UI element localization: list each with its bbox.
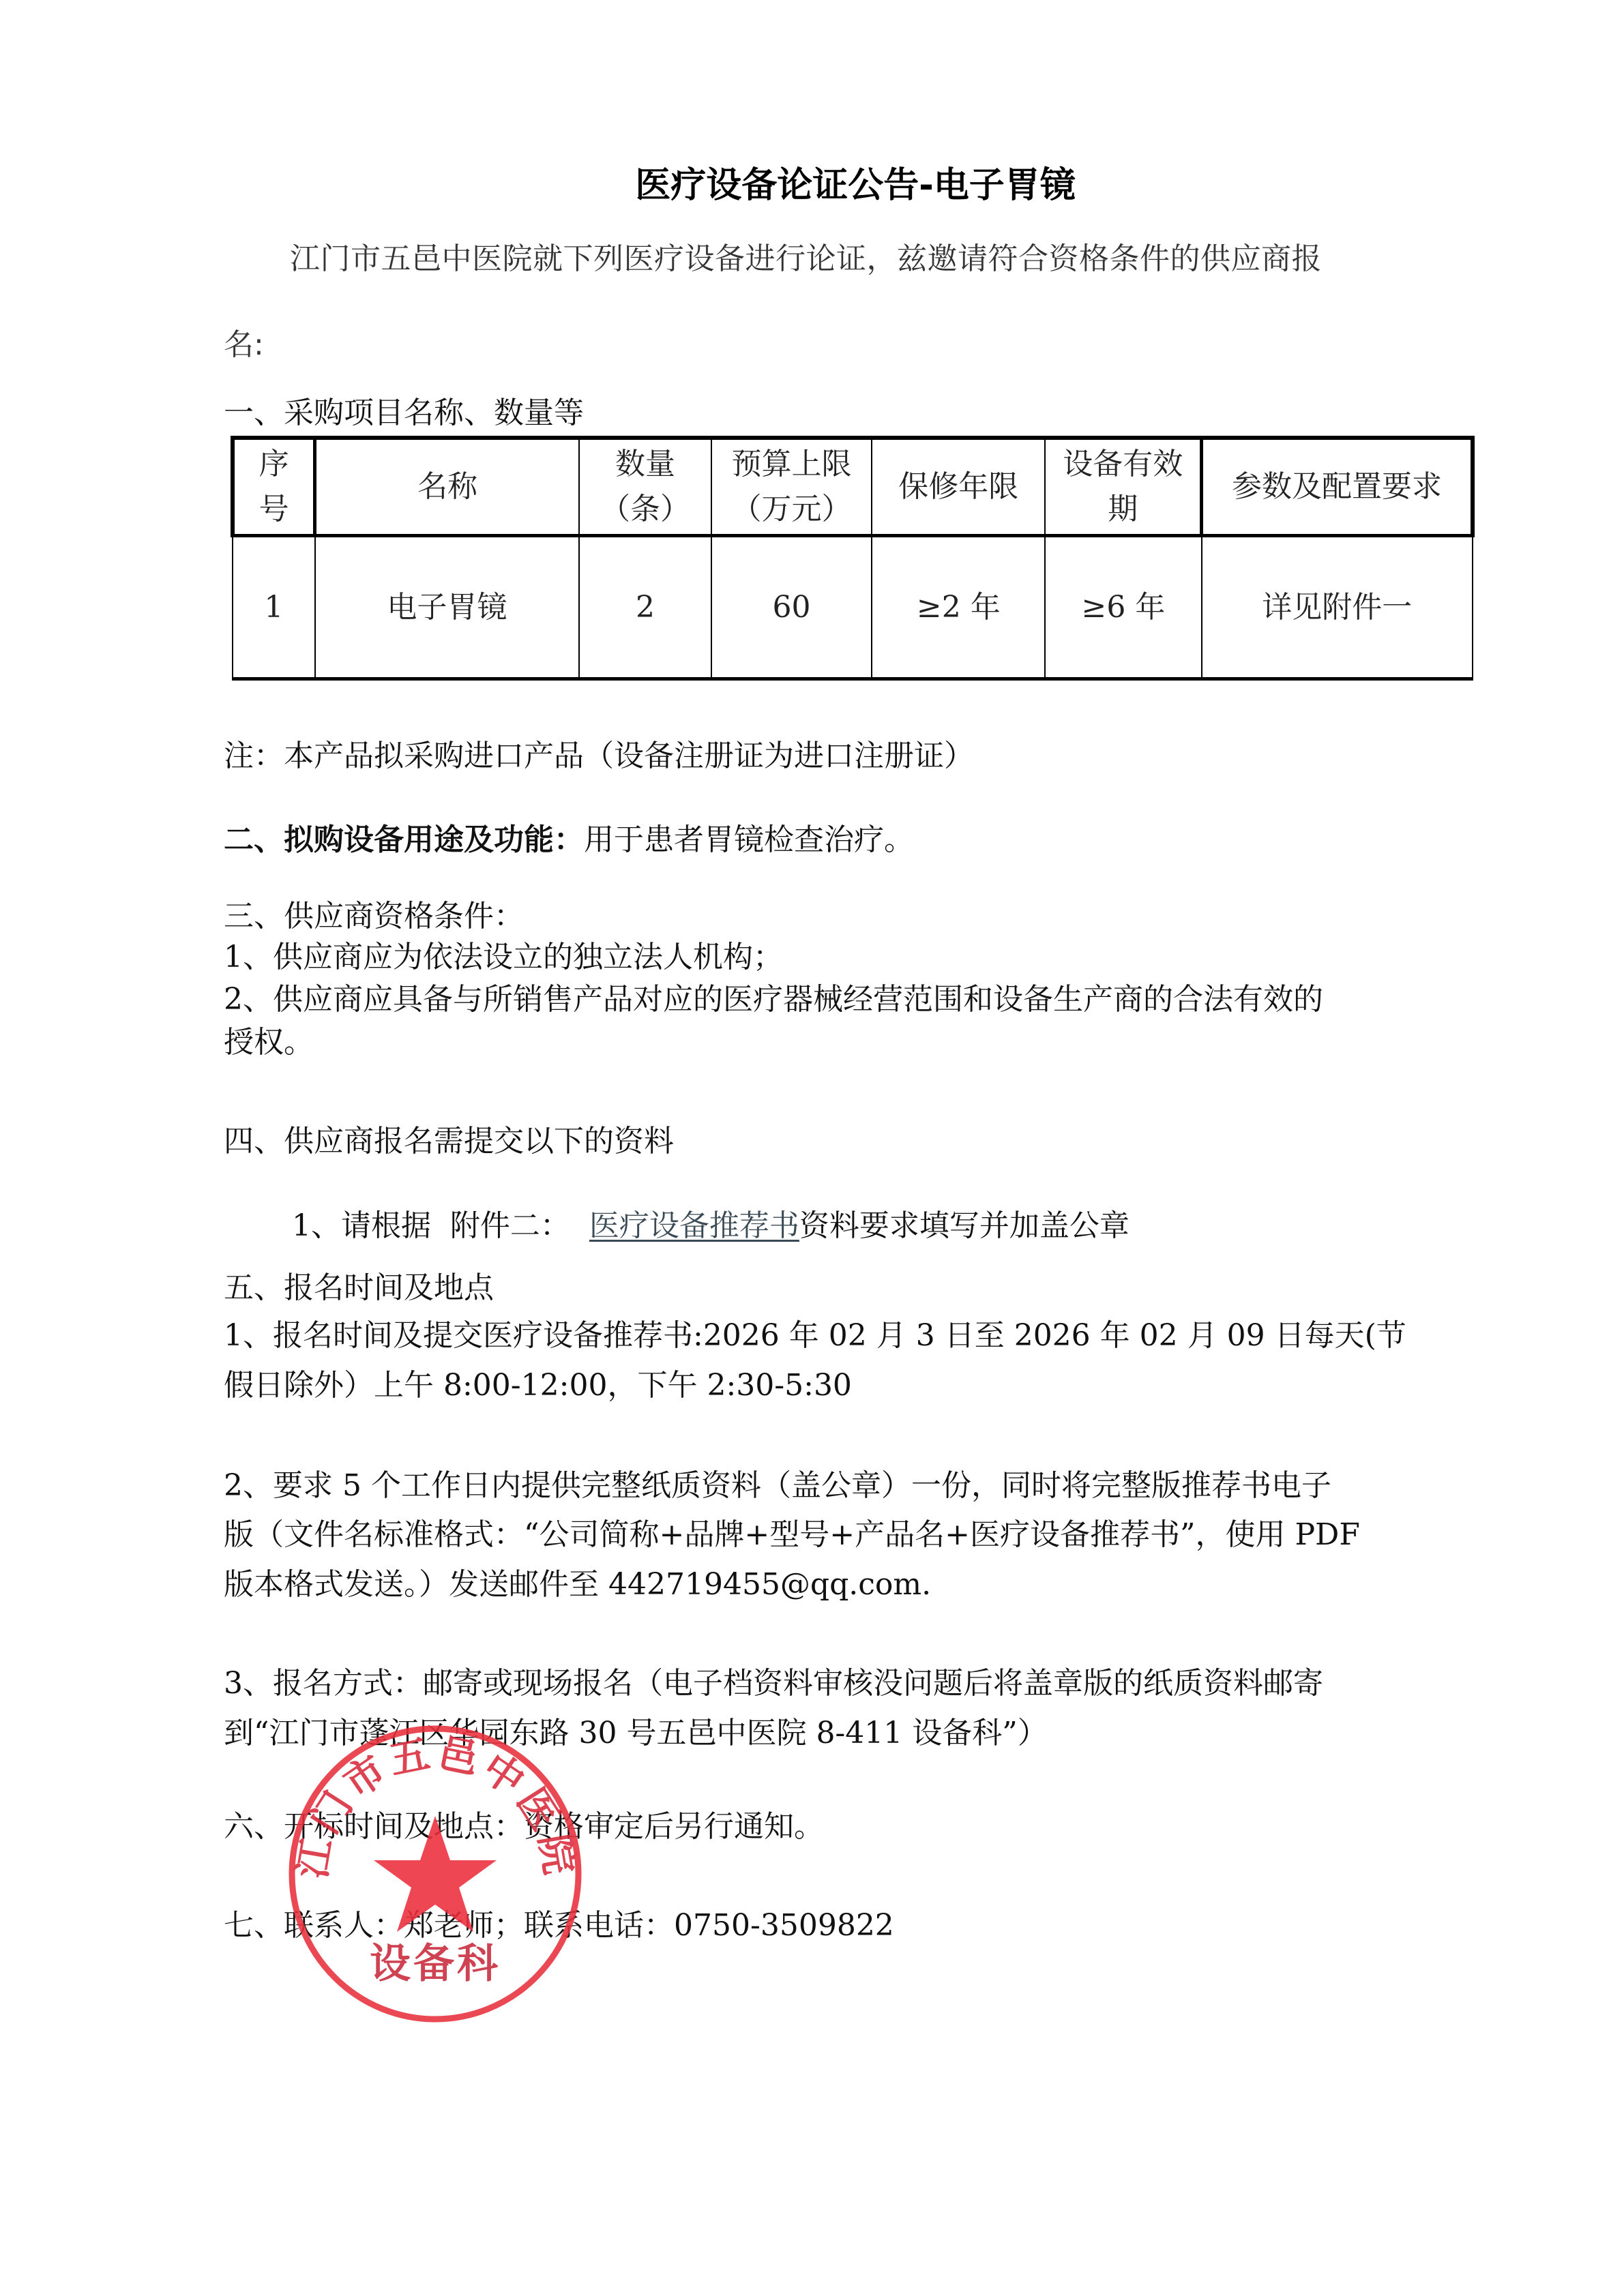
cell-warranty: ≥2 年 [872,536,1045,679]
registration-time-line: 1、报名时间及提交医疗设备推荐书:2026 年 02 月 3 日至 2026 年… [224,1318,1406,1354]
header-quantity: 数量（条） [579,438,711,536]
header-warranty: 保修年限 [872,438,1045,536]
section-1-heading: 一、采购项目名称、数量等 [224,396,584,431]
registration-time-line: 假日除外）上午 8:00-12:00，下午 2:30-5:30 [224,1368,852,1403]
header-spec: 参数及配置要求 [1202,438,1473,536]
cell-spec: 详见附件一 [1202,536,1473,679]
submission-requirement-line: 版（文件名标准格式：“公司简称+品牌+型号+产品名+医疗设备推荐书”，使用 PD… [224,1517,1360,1553]
submission-requirement-line: 2、要求 5 个工作日内提供完整纸质资料（盖公章）一份，同时将完整版推荐书电子 [224,1468,1331,1504]
cell-validity: ≥6 年 [1045,536,1201,679]
header-budget: 预算上限（万元） [711,438,872,536]
intro-text-line-1: 江门市五邑中医院就下列医疗设备进行论证，兹邀请符合资格条件的供应商报 [290,239,1322,280]
cell-seq: 1 [233,536,315,679]
import-note: 注：本产品拟采购进口产品（设备注册证为进口注册证） [224,739,974,774]
qualification-item: 1、供应商应为依法设立的独立法人机构； [224,940,783,975]
header-seq: 序号 [233,438,315,536]
cell-quantity: 2 [579,536,711,679]
section-2-text: 用于患者胃镜检查治疗。 [584,822,914,857]
section-4-item: 1、请根据 附件二： 医疗设备推荐书资料要求填写并加盖公章 [254,1173,1130,1279]
section-7-contact: 七、联系人：郑老师；联系电话：0750-3509822 [224,1908,894,1943]
cell-budget: 60 [711,536,872,679]
stamp-ring [292,1729,578,2019]
registration-method-line: 3、报名方式：邮寄或现场报名（电子档资料审核没问题后将盖章版的纸质资料邮寄 [224,1666,1323,1701]
section-3-heading: 三、供应商资格条件： [224,899,524,934]
section-2: 二、拟购设备用途及功能：用于患者胃镜检查治疗。 [224,822,914,858]
page-title: 医疗设备论证公告-电子胃镜 [0,158,1624,213]
cell-name: 电子胃镜 [315,536,579,679]
qualification-item: 2、供应商应具备与所销售产品对应的医疗器械经营范围和设备生产商的合法有效的 [224,982,1323,1017]
official-seal-stamp: 江门市五邑中医院 设备科 [286,1724,584,2024]
table-row: 1 电子胃镜 2 60 ≥2 年 ≥6 年 详见附件一 [233,536,1473,679]
stamp-department-text: 设备科 [370,1940,501,1988]
table-header-row: 序号 名称 数量（条） 预算上限（万元） 保修年限 设备有效期 参数及配置要求 [233,438,1473,536]
section-6: 六、开标时间及地点：资格审定后另行通知。 [224,1809,824,1845]
submission-email-line: 版本格式发送。）发送邮件至 442719455@qq.com. [224,1567,931,1602]
intro-text-line-2: 名: [224,325,264,366]
section-5-heading: 五、报名时间及地点 [224,1270,494,1306]
section-2-label: 二、拟购设备用途及功能： [224,822,584,857]
qualification-item-cont: 授权。 [224,1025,314,1060]
recommendation-form-link[interactable]: 医疗设备推荐书 [589,1208,799,1243]
procurement-table: 序号 名称 数量（条） 预算上限（万元） 保修年限 设备有效期 参数及配置要求 … [231,436,1475,681]
registration-address-line: 到“江门市蓬江区华园东路 30 号五邑中医院 8-411 设备科”） [224,1716,1048,1751]
header-name: 名称 [315,438,579,536]
header-validity: 设备有效期 [1045,438,1201,536]
section-4-heading: 四、供应商报名需提交以下的资料 [224,1124,674,1159]
stamp-arc-text: 江门市五邑中医院 [289,1729,584,1881]
